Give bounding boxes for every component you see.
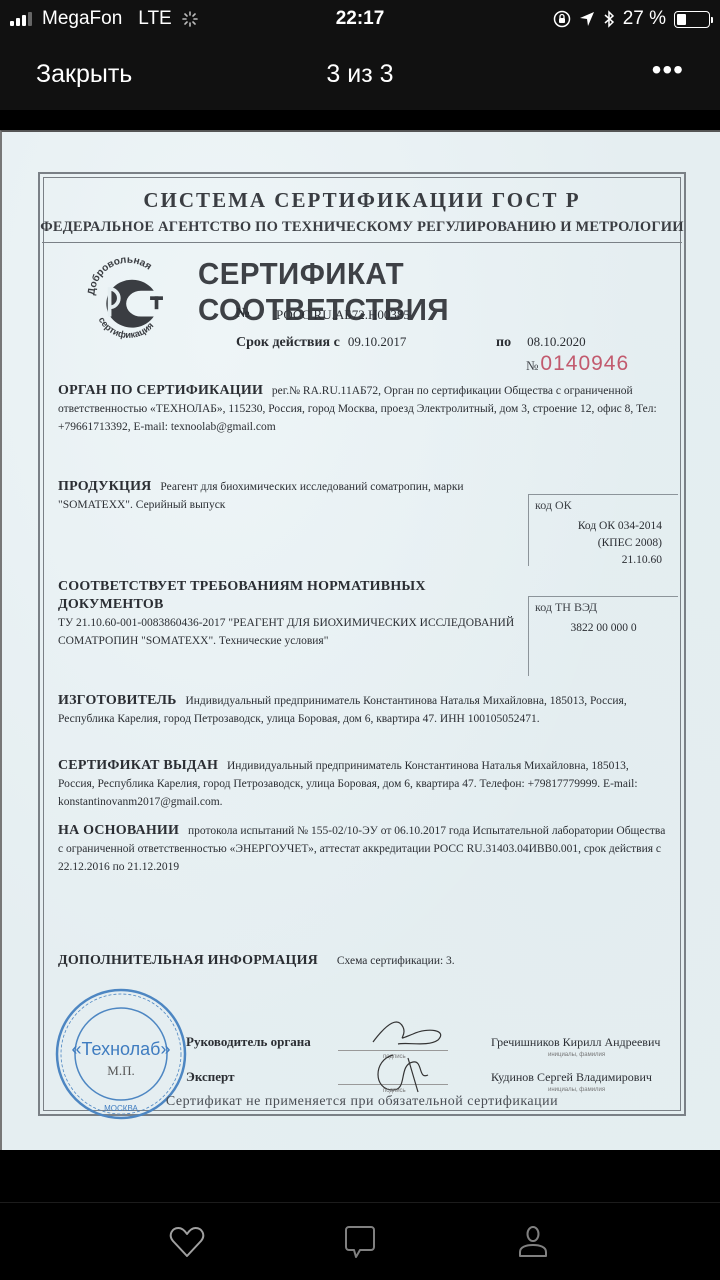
validity-label: Срок действия с xyxy=(236,335,340,350)
tnved-code-value: 3822 00 000 0 xyxy=(535,620,672,637)
certificate-image: СИСТЕМА СЕРТИФИКАЦИИ ГОСТ Р ФЕДЕРАЛЬНОЕ … xyxy=(0,130,720,1150)
viewer-background xyxy=(0,1150,720,1202)
carrier-name: MegaFon xyxy=(42,8,122,30)
basis-section: НА ОСНОВАНИИ протокола испытаний № 155-0… xyxy=(58,822,668,876)
battery-icon xyxy=(674,11,710,28)
product-section: ПРОДУКЦИЯ Реагент для биохимических иссл… xyxy=(58,478,478,514)
stamp-mp: М.П. xyxy=(107,1063,134,1078)
additional-info-section: ДОПОЛНИТЕЛЬНАЯ ИНФОРМАЦИЯ Схема сертифик… xyxy=(58,952,668,970)
activity-spinner-icon xyxy=(182,11,198,27)
close-button[interactable]: Закрыть xyxy=(36,60,132,89)
comment-button[interactable] xyxy=(330,1212,390,1272)
validity-from: Срок действия с09.10.2017 xyxy=(236,334,406,351)
valid-to-date: 08.10.2020 xyxy=(527,334,586,349)
cert-number: РОСС RU.АБ72.Н00385 xyxy=(276,307,410,323)
issued-to-section: СЕРТИФИКАТ ВЫДАН Индивидуальный предприн… xyxy=(58,757,668,811)
location-arrow-icon xyxy=(579,11,595,27)
validity-to: по08.10.2020 xyxy=(496,334,586,351)
head-name: Гречишников Кирилл Андреевич xyxy=(491,1035,660,1050)
system-title: СИСТЕМА СЕРТИФИКАЦИИ ГОСТ Р xyxy=(38,188,686,213)
valid-from-date: 09.10.2017 xyxy=(348,334,407,349)
signal-strength-icon xyxy=(10,12,32,26)
comment-icon xyxy=(344,1225,376,1259)
additional-info-label: ДОПОЛНИТЕЛЬНАЯ ИНФОРМАЦИЯ xyxy=(58,953,318,968)
issued-to-label: СЕРТИФИКАТ ВЫДАН xyxy=(58,758,218,773)
form-serial-number: №0140946 xyxy=(526,352,629,376)
certificate-title: СЕРТИФИКАТ СООТВЕТСТВИЯ xyxy=(198,256,662,328)
serial-value: 0140946 xyxy=(540,352,629,375)
basis-label: НА ОСНОВАНИИ xyxy=(58,823,179,838)
like-button[interactable] xyxy=(157,1212,217,1272)
expert-name: Кудинов Сергей Владимирович xyxy=(491,1070,652,1085)
tnved-code-label: код ТН ВЭД xyxy=(535,599,672,616)
person-icon xyxy=(518,1225,548,1259)
cert-number-label: № xyxy=(236,306,250,322)
more-options-button[interactable]: ••• xyxy=(652,56,684,92)
footer-note: Сертификат не применяется при обязательн… xyxy=(38,1094,686,1110)
ok-code-line3: 21.10.60 xyxy=(535,552,672,569)
tnved-code-box: код ТН ВЭД 3822 00 000 0 xyxy=(528,596,678,676)
bluetooth-icon xyxy=(603,10,615,28)
photo-viewer[interactable]: СИСТЕМА СЕРТИФИКАЦИИ ГОСТ Р ФЕДЕРАЛЬНОЕ … xyxy=(0,130,720,1150)
status-bar: MegaFon LTE 22:17 27 % xyxy=(0,0,720,38)
validity-to-label: по xyxy=(496,335,511,350)
rst-voluntary-certification-logo-icon: Добровольная сертификация xyxy=(82,254,174,346)
ok-code-line2: (КПЕС 2008) xyxy=(535,535,672,552)
product-label: ПРОДУКЦИЯ xyxy=(58,479,151,494)
head-name-hint: инициалы, фамилия xyxy=(548,1052,605,1058)
ok-code-label: код ОК xyxy=(535,497,672,514)
network-type: LTE xyxy=(138,8,171,30)
compliance-section: СООТВЕТСТВУЕТ ТРЕБОВАНИЯМ НОРМАТИВНЫХ ДО… xyxy=(58,578,528,650)
manufacturer-section: ИЗГОТОВИТЕЛЬ Индивидуальный предпринимат… xyxy=(58,692,668,728)
cert-body-label: ОРГАН ПО СЕРТИФИКАЦИИ xyxy=(58,383,263,398)
expert-role: Эксперт xyxy=(186,1069,234,1085)
expert-name-hint: инициалы, фамилия xyxy=(548,1087,605,1093)
compliance-label: СООТВЕТСТВУЕТ ТРЕБОВАНИЯМ НОРМАТИВНЫХ ДО… xyxy=(58,578,522,614)
serial-label: № xyxy=(526,358,538,373)
profile-button[interactable] xyxy=(503,1212,563,1272)
header-divider xyxy=(42,242,682,243)
ok-code-line1: Код ОК 034-2014 xyxy=(535,518,672,535)
orientation-lock-icon xyxy=(553,10,571,28)
additional-info-text: Схема сертификации: 3. xyxy=(337,955,455,967)
ok-code-box: код ОК Код ОК 034-2014 (КПЕС 2008) 21.10… xyxy=(528,494,678,566)
bottom-action-bar xyxy=(0,1202,720,1280)
manufacturer-label: ИЗГОТОВИТЕЛЬ xyxy=(58,693,177,708)
head-role: Руководитель органа xyxy=(186,1034,311,1050)
viewer-nav-bar: Закрыть 3 из 3 ••• xyxy=(0,38,720,110)
stamp-name: «Технолаб» xyxy=(72,1039,171,1059)
certification-body-section: ОРГАН ПО СЕРТИФИКАЦИИ рег.№ RA.RU.11АБ72… xyxy=(58,382,668,436)
head-signature-icon xyxy=(368,1012,458,1052)
agency-name: ФЕДЕРАЛЬНОЕ АГЕНТСТВО ПО ТЕХНИЧЕСКОМУ РЕ… xyxy=(38,219,686,236)
battery-percent: 27 % xyxy=(623,8,666,30)
heart-icon xyxy=(169,1226,205,1258)
compliance-text: ТУ 21.10.60-001-0083860436-2017 "РЕАГЕНТ… xyxy=(58,614,528,650)
